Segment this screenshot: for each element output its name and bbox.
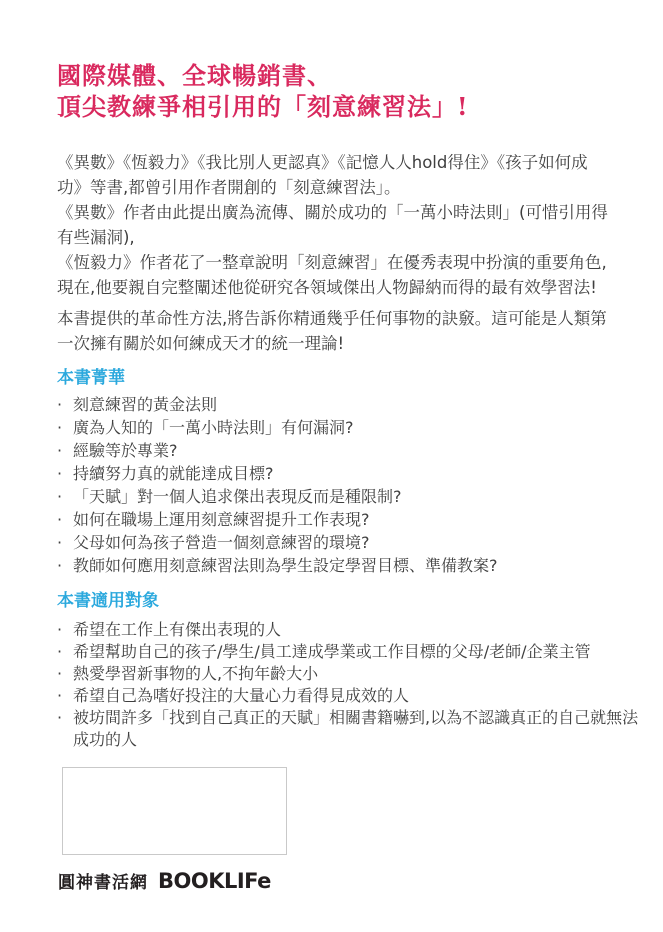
list-item: ·刻意練習的黃金法則 <box>57 394 651 416</box>
bullet-icon: · <box>57 394 73 416</box>
image-placeholder-box <box>62 767 287 855</box>
section-heading-highlights: 本書菁華 <box>57 370 651 387</box>
section-heading-audience: 本書適用對象 <box>57 593 651 610</box>
list-item-text: 希望幫助自己的孩子/學生/員工達成學業或工作目標的父母/老師/企業主管 <box>73 641 591 663</box>
booklife-logo: 圓神書活網 BOOKLIFe <box>58 868 651 893</box>
page-title: 國際媒體、全球暢銷書、 頂尖教練爭相引用的「刻意練習法」! <box>57 60 651 122</box>
intro-paragraph-2: 本書提供的革命性方法,將告訴你精通幾乎任何事物的訣竅。這可能是人類第 一次擁有關… <box>57 306 651 356</box>
list-item: ·教師如何應用刻意練習法則為學生設定學習目標、準備教案? <box>57 555 651 577</box>
logo-latin-text: BOOKLIFe <box>158 869 271 893</box>
list-item-text: 廣為人知的「一萬小時法則」有何漏洞? <box>73 417 354 439</box>
list-item: ·希望自己為嗜好投注的大量心力看得見成效的人 <box>57 685 651 707</box>
list-item-text: 熱愛學習新事物的人,不拘年齡大小 <box>73 663 318 685</box>
document-page: 國際媒體、全球暢銷書、 頂尖教練爭相引用的「刻意練習法」! 《異數》《恆毅力》《… <box>0 0 663 932</box>
list-item-text: 父母如何為孩子營造一個刻意練習的環境? <box>73 532 370 554</box>
bullet-icon: · <box>57 440 73 462</box>
bullet-icon: · <box>57 707 73 729</box>
list-item: ·如何在職場上運用刻意練習提升工作表現? <box>57 509 651 531</box>
list-item: ·被坊間許多「找到自己真正的天賦」相關書籍嚇到,以為不認識真正的自己就無法 成功… <box>57 707 651 751</box>
bullet-icon: · <box>57 532 73 554</box>
bullet-icon: · <box>57 663 73 685</box>
list-item: ·父母如何為孩子營造一個刻意練習的環境? <box>57 532 651 554</box>
list-item: ·經驗等於專業? <box>57 440 651 462</box>
bullet-icon: · <box>57 417 73 439</box>
list-item-text: 經驗等於專業? <box>73 440 178 462</box>
list-item-text: 刻意練習的黃金法則 <box>73 394 217 416</box>
list-item: ·「天賦」對一個人追求傑出表現反而是種限制? <box>57 486 651 508</box>
audience-list: ·希望在工作上有傑出表現的人 ·希望幫助自己的孩子/學生/員工達成學業或工作目標… <box>57 619 651 751</box>
intro-paragraph-1: 《異數》《恆毅力》《我比別人更認真》《記憶人人hold得住》《孩子如何成 功》等… <box>57 150 651 300</box>
list-item-text: 希望在工作上有傑出表現的人 <box>73 619 281 641</box>
bullet-icon: · <box>57 463 73 485</box>
bullet-icon: · <box>57 685 73 707</box>
bullet-icon: · <box>57 555 73 577</box>
list-item-text: 持續努力真的就能達成目標? <box>73 463 274 485</box>
list-item: ·希望在工作上有傑出表現的人 <box>57 619 651 641</box>
list-item-text: 被坊間許多「找到自己真正的天賦」相關書籍嚇到,以為不認識真正的自己就無法 成功的… <box>73 707 638 751</box>
list-item-text: 如何在職場上運用刻意練習提升工作表現? <box>73 509 370 531</box>
list-item-text: 教師如何應用刻意練習法則為學生設定學習目標、準備教案? <box>73 555 498 577</box>
list-item: ·廣為人知的「一萬小時法則」有何漏洞? <box>57 417 651 439</box>
bullet-icon: · <box>57 486 73 508</box>
bullet-icon: · <box>57 641 73 663</box>
list-item: ·持續努力真的就能達成目標? <box>57 463 651 485</box>
bullet-icon: · <box>57 509 73 531</box>
logo-cjk-text: 圓神書活網 <box>58 868 148 893</box>
list-item-text: 「天賦」對一個人追求傑出表現反而是種限制? <box>73 486 402 508</box>
highlights-list: ·刻意練習的黃金法則 ·廣為人知的「一萬小時法則」有何漏洞? ·經驗等於專業? … <box>57 394 651 577</box>
list-item-text: 希望自己為嗜好投注的大量心力看得見成效的人 <box>73 685 409 707</box>
list-item: ·希望幫助自己的孩子/學生/員工達成學業或工作目標的父母/老師/企業主管 <box>57 641 651 663</box>
list-item: ·熱愛學習新事物的人,不拘年齡大小 <box>57 663 651 685</box>
bullet-icon: · <box>57 619 73 641</box>
